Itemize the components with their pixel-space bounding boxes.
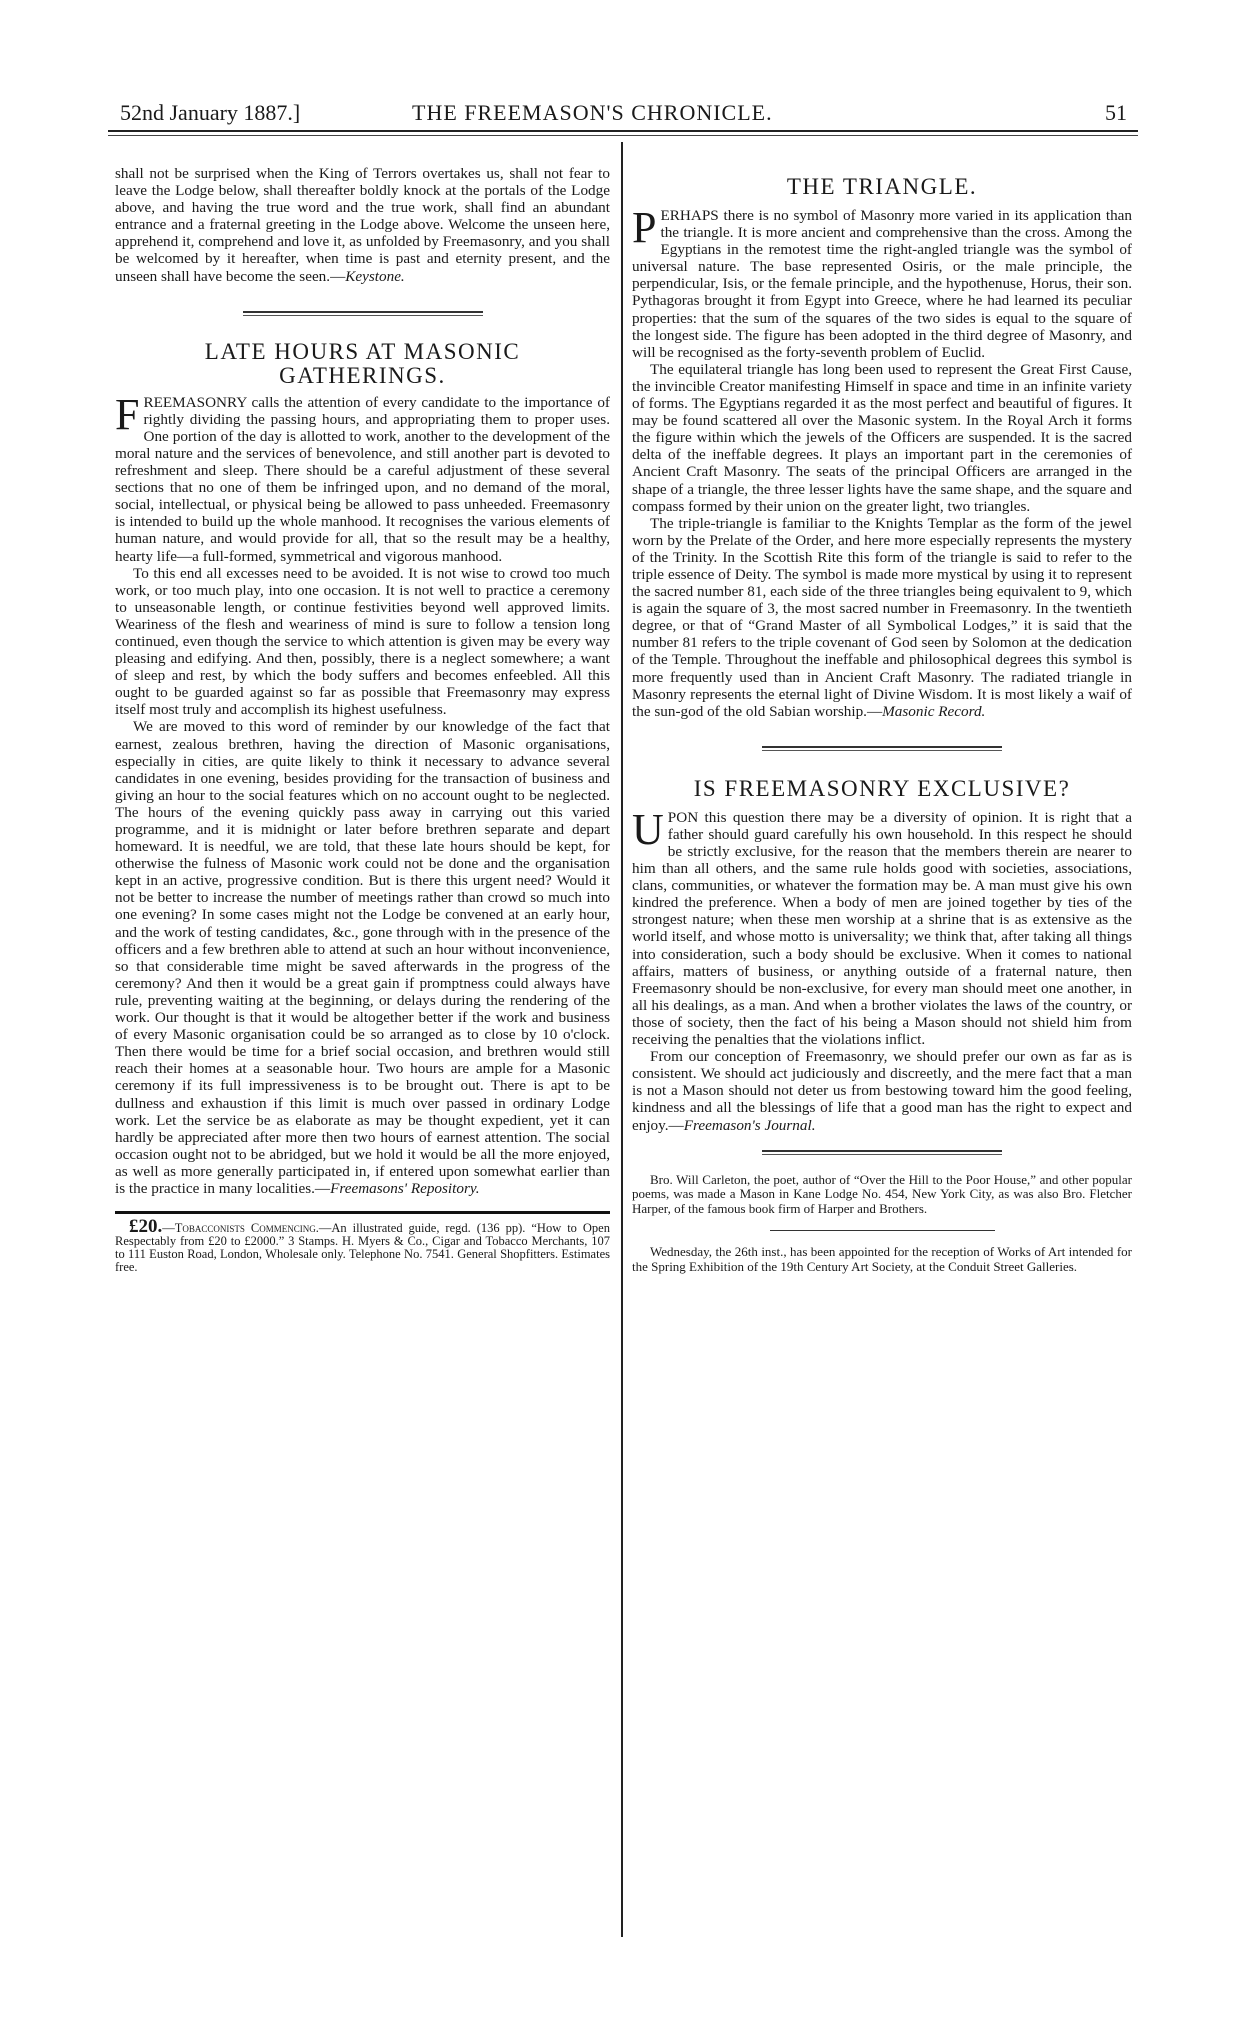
late-hours-paragraph-2: To this end all excesses need to be avoi… <box>115 565 610 719</box>
advertisement: £20.—Tobacconists Commencing.—An illustr… <box>115 1220 610 1274</box>
lead-caps: ERHAPS <box>660 207 718 224</box>
paragraph-text: calls the attention of every candidate t… <box>115 394 610 565</box>
carleton-note: Bro. Will Carleton, the poet, author of … <box>632 1173 1132 1217</box>
right-column: THE TRIANGLE. PERHAPS there is no symbol… <box>632 165 1132 1274</box>
lead-caps: REEMASONRY <box>143 394 246 411</box>
triangle-paragraph-1: PERHAPS there is no symbol of Masonry mo… <box>632 207 1132 361</box>
article-source: Freemasons' Repository. <box>330 1180 479 1197</box>
issue-date: 52nd January 1887.] <box>120 100 300 126</box>
column-divider <box>621 142 623 1937</box>
headline-line-2: GATHERINGS. <box>279 363 446 388</box>
exhibition-note: Wednesday, the 26th inst., has been appo… <box>632 1245 1132 1274</box>
drop-cap: F <box>115 396 139 432</box>
paragraph-text: The triple-triangle is familiar to the K… <box>632 515 1132 720</box>
triangle-paragraph-3: The triple-triangle is familiar to the K… <box>632 515 1132 720</box>
page-number: 51 <box>1105 100 1127 126</box>
drop-cap: P <box>632 209 656 245</box>
late-hours-paragraph-1: FREEMASONRY calls the attention of every… <box>115 394 610 565</box>
headline-exclusive: IS FREEMASONRY EXCLUSIVE? <box>632 777 1132 801</box>
ad-heading: —Tobacconists Commencing.— <box>162 1221 331 1235</box>
headline-late-hours: LATE HOURS AT MASONIC GATHERINGS. <box>115 340 610 388</box>
article-source: Freemason's Journal. <box>684 1117 816 1134</box>
headline-line-1: LATE HOURS AT MASONIC <box>205 339 520 364</box>
left-column: shall not be surprised when the King of … <box>115 165 610 1274</box>
late-hours-paragraph-3: We are moved to this word of reminder by… <box>115 718 610 1197</box>
paragraph-text: We are moved to this word of reminder by… <box>115 718 610 1197</box>
masthead: 52nd January 1887.] THE FREEMASON'S CHRO… <box>112 100 1137 128</box>
newspaper-title: THE FREEMASON'S CHRONICLE. <box>412 100 773 126</box>
continued-article: shall not be surprised when the King of … <box>115 165 610 285</box>
article-source: Masonic Record. <box>882 703 985 720</box>
article-source: Keystone. <box>345 268 404 285</box>
triangle-paragraph-2: The equilateral triangle has long been u… <box>632 361 1132 515</box>
drop-cap: U <box>632 811 664 847</box>
masthead-rule-thin <box>108 135 1138 136</box>
masthead-rule <box>108 130 1138 132</box>
lead-caps: PON <box>668 809 698 826</box>
headline-triangle: THE TRIANGLE. <box>632 175 1132 199</box>
paragraph-text: this question there may be a diversity o… <box>632 809 1132 1048</box>
exclusive-paragraph-1: UPON this question there may be a divers… <box>632 809 1132 1048</box>
paragraph-text: there is no symbol of Masonry more varie… <box>632 207 1132 361</box>
exclusive-paragraph-2: From our conception of Freemasonry, we s… <box>632 1048 1132 1133</box>
